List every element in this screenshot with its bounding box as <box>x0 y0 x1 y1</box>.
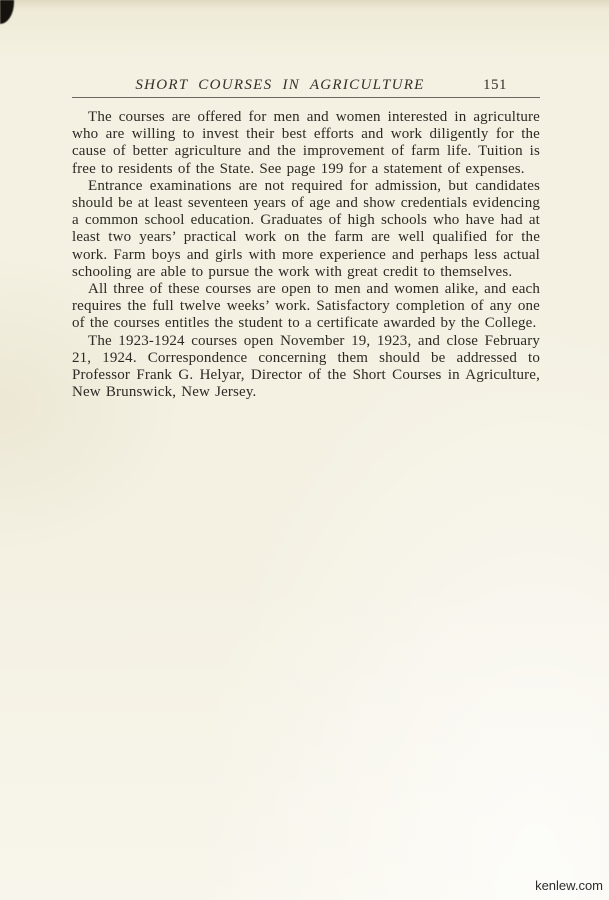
body-paragraph: The 1923-1924 courses open November 19, … <box>72 333 540 402</box>
page-number: 151 <box>483 77 507 94</box>
page-body: The courses are offered for men and wome… <box>72 109 540 401</box>
body-paragraph: The courses are offered for men and wome… <box>72 109 540 178</box>
running-head-title: SHORT COURSES IN AGRICULTURE <box>130 77 430 94</box>
body-paragraph: Entrance examinations are not required f… <box>72 178 540 281</box>
header-rule <box>72 97 540 98</box>
body-paragraph: All three of these courses are open to m… <box>72 281 540 333</box>
running-head: SHORT COURSES IN AGRICULTURE 151 <box>72 77 540 97</box>
page-corner-scan-artifact <box>0 0 14 24</box>
watermark: kenlew.com <box>535 878 603 893</box>
scanned-book-page: SHORT COURSES IN AGRICULTURE 151 The cou… <box>0 0 609 900</box>
